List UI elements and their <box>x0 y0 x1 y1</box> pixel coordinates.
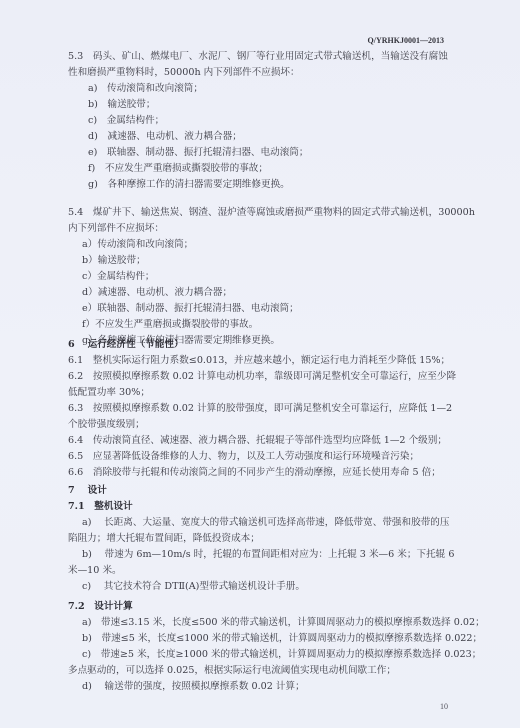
clause-line: 6.4 传动滚筒直径、减速器、液力耦合器、托辊辊子等部件选型均应降低 1—2 个… <box>68 434 447 447</box>
list-item: c）金属结构件； <box>82 270 155 283</box>
clause-line: 低配置功率 30%； <box>68 386 150 399</box>
page-number: 10 <box>440 702 448 711</box>
list-item: f) 不应发生严重磨损或撕裂胶带的事故； <box>88 162 268 175</box>
clause-5-4-line-1: 5.4 煤矿井下、输送焦炭、钢渣、湿炉渣等腐蚀或磨损严重物料的固定式带式输送机，… <box>68 206 475 219</box>
clause-line: 6.5 应显著降低设备维修的人力、物力，以及工人劳动强度和运行环境噪音污染； <box>68 450 419 463</box>
clause-line: c) 带速≥5 米，长度≥1000 米的带式输送机，计算圆周驱动力的模拟摩擦系数… <box>82 648 481 661</box>
list-item: e) 联轴器、制动器、振打托辊清扫器、电动滚筒； <box>88 146 308 159</box>
clause-line: 陷阻力；增大托辊布置间距，降低投资成本； <box>68 532 260 545</box>
list-item: a) 传动滚筒和改向滚筒； <box>88 82 203 95</box>
clause-line: d) 输送带的强度，按照模拟摩擦系数 0.02 计算； <box>82 680 305 693</box>
document-code: Q/YRHKJ0001—2013 <box>368 36 444 45</box>
list-item: a）传动滚筒和改向滚筒； <box>82 238 193 251</box>
clause-5-3-line-2: 性和磨损严重物料时，50000h 内下列部件不应损坏： <box>68 66 300 79</box>
list-item: d) 减速器、电动机、液力耦合器； <box>88 130 242 143</box>
list-item: d）减速器、电动机、液力耦合器； <box>82 286 232 299</box>
clause-line: 6.3 按照模拟摩擦系数 0.02 计算的胶带强度，即可满足整机安全可靠运行，应… <box>68 402 452 415</box>
clause-line: b) 带速为 6m—10m/s 时，托辊的布置间距相对应为：上托辊 3 米—6 … <box>82 548 454 561</box>
clause-line: b) 带速≤5 米，长度≤1000 米的带式输送机，计算圆周驱动力的模拟摩擦系数… <box>82 632 482 645</box>
clause-5-3-line-1: 5.3 码头、矿山、燃煤电厂、水泥厂、钢厂等行业用固定式带式输送机，当输送没有腐… <box>68 50 448 63</box>
clause-line: 6.1 整机实际运行阻力系数≤0.013，并应越来越小，额定运行电力消耗至少降低… <box>68 354 450 367</box>
clause-5-4-line-2: 内下列部件不应损坏： <box>68 222 164 235</box>
clause-line: a) 带速≤3.15 米，长度≤500 米的带式输送机，计算圆周驱动力的模拟摩擦… <box>82 616 485 629</box>
clause-line: 多点驱动的，可以选择 0.025，根据实际运行电流阈值实现电动机间歇工作； <box>68 664 396 677</box>
section-6-heading: 6 运行经济性（节能性） <box>68 338 184 351</box>
section-7-1-heading: 7.1 整机设计 <box>68 500 133 513</box>
section-7-2-heading: 7.2 设计计算 <box>68 600 133 613</box>
clause-line: c) 其它技术符合 DTⅡ(A)型带式输送机设计手册。 <box>82 580 305 593</box>
list-item: g) 各种摩擦工作的清扫器需要定期维修更换。 <box>88 178 290 191</box>
list-item: e）联轴器、制动器、振打托辊清扫器、电动滚筒； <box>82 302 299 315</box>
clause-line: 6.6 消除胶带与托辊和传动滚筒之间的不同步产生的滑动摩擦，应延长使用寿命 5 … <box>68 466 441 479</box>
clause-line: 6.2 按照模拟摩擦系数 0.02 计算电动机功率，靠级即可满足整机安全可靠运行… <box>68 370 456 383</box>
clause-line: 个胶带强度级别； <box>68 418 145 431</box>
list-item: b）输送胶带； <box>82 254 146 267</box>
clause-line: a) 长距离、大运量、宽度大的带式输送机可选择高带速，降低带宽、带强和胶带的压 <box>82 516 449 529</box>
clause-line: 米—10 米。 <box>68 564 122 577</box>
document-page: Q/YRHKJ0001—2013 5.3 码头、矿山、燃煤电厂、水泥厂、钢厂等行… <box>0 0 520 728</box>
list-item: b) 输送胶带； <box>88 98 155 111</box>
list-item: c) 金属结构件； <box>88 114 164 127</box>
list-item: f）不应发生严重磨损或撕裂胶带的事故。 <box>82 318 258 331</box>
section-7-heading: 7 设计 <box>68 484 107 497</box>
